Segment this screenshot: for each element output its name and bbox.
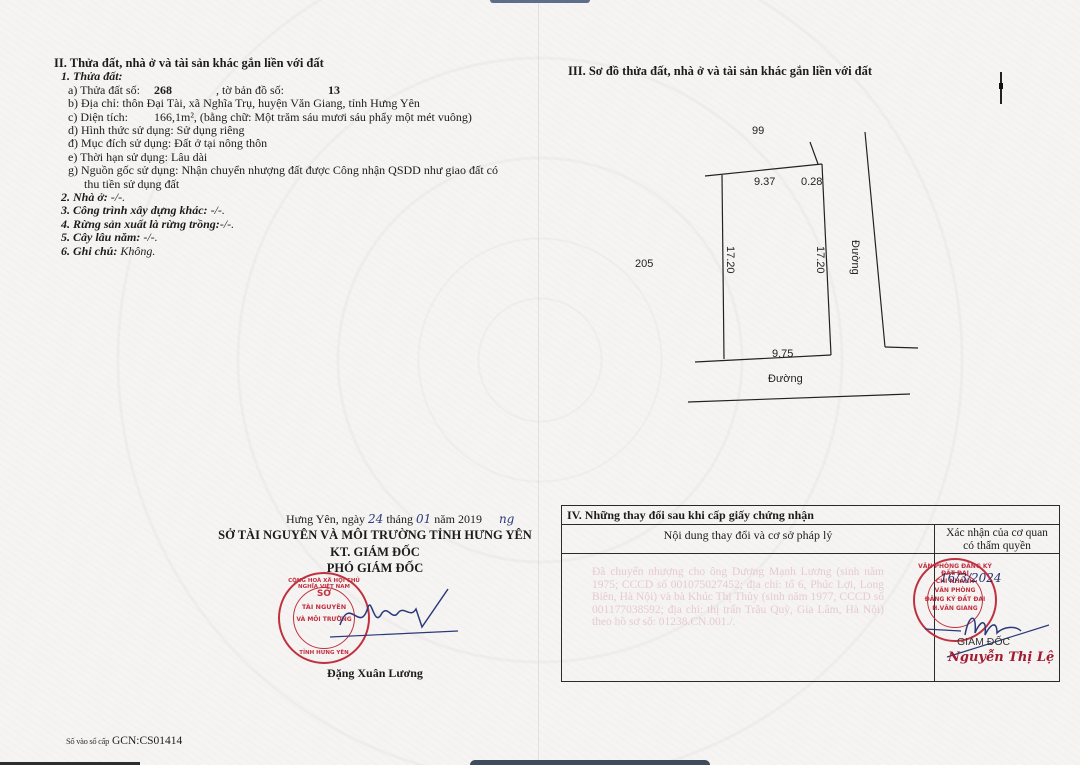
parcel-label: a) Thửa đất số: bbox=[68, 83, 140, 97]
note-label: 6. Ghi chú: bbox=[61, 244, 117, 258]
other-works-label: 3. Công trình xây dựng khác: bbox=[61, 203, 208, 217]
change-note: Đã chuyển nhượng cho ông Dương Mạnh Lươn… bbox=[592, 566, 884, 629]
section-ii-title: II. Thửa đất, nhà ở và tài sản khác gắn … bbox=[54, 57, 534, 70]
page-fold-line bbox=[538, 0, 539, 765]
edge-east: 17.20 bbox=[814, 246, 826, 274]
on-behalf-director: KT. GIÁM ĐỐC bbox=[200, 545, 550, 560]
initials: ng bbox=[499, 512, 514, 526]
other-works-value: -/-. bbox=[208, 203, 225, 217]
neighbor-99-boundary bbox=[810, 142, 818, 164]
parcel-north-edge bbox=[705, 164, 822, 176]
confirm-signer-name: Nguyễn Thị Lệ bbox=[948, 650, 1054, 665]
note-item: 6. Ghi chú: Không. bbox=[61, 245, 534, 258]
edge-north-main: 9.37 bbox=[754, 176, 775, 188]
use-form-row: d) Hình thức sử dụng: Sử dụng riêng bbox=[68, 124, 534, 137]
parcel-number: 268 bbox=[154, 84, 216, 97]
forest-item: 4. Rừng sản xuất là rừng trồng:-/-. bbox=[61, 218, 534, 231]
seal-line-3: ĐĂNG KÝ ĐẤT ĐAI bbox=[915, 596, 995, 603]
issuing-department: SỞ TÀI NGUYÊN VÀ MÔI TRƯỜNG TỈNH HƯNG YÊ… bbox=[200, 528, 550, 543]
east-road-corner bbox=[885, 347, 918, 348]
house-value: -/-. bbox=[108, 190, 125, 204]
header-divider bbox=[562, 553, 1059, 554]
issue-year: năm 2019 bbox=[434, 512, 482, 526]
issue-date: Hưng Yên, ngày 24 tháng 01 năm 2019 ng bbox=[286, 512, 514, 527]
col-header-content: Nội dung thay đổi và cơ sở pháp lý bbox=[562, 528, 934, 543]
edge-west: 17.20 bbox=[724, 246, 736, 274]
section-iv-title: IV. Những thay đổi sau khi cấp giấy chứn… bbox=[562, 506, 1059, 525]
confirm-title: GIÁM ĐỐC bbox=[957, 636, 1010, 648]
col-header-confirm: Xác nhận của cơ quan có thẩm quyền bbox=[935, 527, 1059, 552]
register-number: Số vào sổ cấp GCN:CS01414 bbox=[66, 735, 182, 747]
col-header-confirm-line1: Xác nhận của cơ quan bbox=[935, 527, 1059, 540]
house-item: 2. Nhà ở: -/-. bbox=[61, 191, 534, 204]
forest-value: -/-. bbox=[220, 217, 234, 231]
month-label: tháng bbox=[386, 512, 413, 526]
register-value: GCN:CS01414 bbox=[112, 735, 182, 747]
section-ii-land-info: II. Thửa đất, nhà ở và tài sản khác gắn … bbox=[54, 57, 534, 258]
seal-ring-bottom-text: TỈNH HƯNG YÊN bbox=[280, 650, 368, 656]
area-row: c) Diện tích:166,1m², (bằng chữ: Một tră… bbox=[68, 111, 534, 124]
neighbor-north-label: 99 bbox=[752, 125, 764, 137]
seal-line-2: VĂN PHÒNG bbox=[915, 587, 995, 594]
parcel-south-edge bbox=[695, 355, 831, 362]
note-value: Không. bbox=[117, 244, 155, 258]
section-iii-title: III. Sơ đồ thửa đất, nhà ở và tài sản kh… bbox=[568, 64, 872, 79]
perennial-item: 5. Cây lâu năm: -/-. bbox=[61, 231, 534, 244]
register-prefix: Số vào sổ cấp bbox=[66, 736, 109, 746]
use-term-row: e) Thời hạn sử dụng: Lâu dài bbox=[68, 151, 534, 164]
perennial-label: 5. Cây lâu năm: bbox=[61, 230, 140, 244]
address-row: b) Địa chỉ: thôn Đại Tài, xã Nghĩa Trụ, … bbox=[68, 97, 534, 110]
area-value: 166,1m², (bằng chữ: Một trăm sáu mươi sá… bbox=[154, 110, 472, 124]
parcel-plan-diagram: 99 9.37 0.28 205 17.20 17.20 Đường 9.75 … bbox=[600, 120, 940, 420]
north-arrow-icon bbox=[1000, 72, 1002, 104]
date-prefix: Hưng Yên, ngày bbox=[286, 512, 365, 526]
house-label: 2. Nhà ở: bbox=[61, 190, 108, 204]
neighbor-west-label: 205 bbox=[635, 258, 653, 270]
map-sheet-label: , tờ bản đồ số: bbox=[216, 83, 284, 97]
issuer-signature-icon bbox=[330, 585, 460, 645]
issuer-name: Đặng Xuân Lương bbox=[200, 666, 550, 681]
scan-edge-top bbox=[490, 0, 590, 3]
col-header-confirm-line2: có thẩm quyền bbox=[935, 540, 1059, 553]
issue-day: 24 bbox=[368, 512, 383, 526]
deputy-director-title: PHÓ GIÁM ĐỐC bbox=[200, 561, 550, 576]
origin-row: g) Nguồn gốc sử dụng: Nhận chuyển nhượng… bbox=[68, 164, 534, 177]
origin-row-cont: thu tiền sử dụng đất bbox=[84, 178, 534, 191]
use-purpose-row: đ) Mục đích sử dụng: Đất ở tại nông thôn bbox=[68, 137, 534, 150]
issue-month: 01 bbox=[416, 512, 431, 526]
road-south-label: Đường bbox=[768, 373, 803, 385]
parcel-row: a) Thửa đất số:268, tờ bản đồ số:13 bbox=[68, 84, 534, 97]
map-sheet-number: 13 bbox=[328, 84, 340, 97]
confirm-date: 16/3/2024 bbox=[940, 571, 1002, 585]
south-road-boundary bbox=[688, 394, 910, 402]
scan-edge-bottom-middle bbox=[470, 760, 710, 765]
area-label: c) Diện tích: bbox=[68, 110, 128, 124]
east-road-boundary bbox=[865, 132, 885, 347]
forest-label: 4. Rừng sản xuất là rừng trồng: bbox=[61, 217, 220, 231]
perennial-value: -/-. bbox=[140, 230, 157, 244]
other-works-item: 3. Công trình xây dựng khác: -/-. bbox=[61, 204, 534, 217]
land-heading: 1. Thửa đất: bbox=[61, 70, 534, 83]
road-east-label: Đường bbox=[849, 240, 861, 275]
edge-north-short: 0.28 bbox=[801, 176, 822, 188]
parcel-west-edge bbox=[722, 175, 724, 359]
edge-south: 9.75 bbox=[772, 348, 793, 360]
